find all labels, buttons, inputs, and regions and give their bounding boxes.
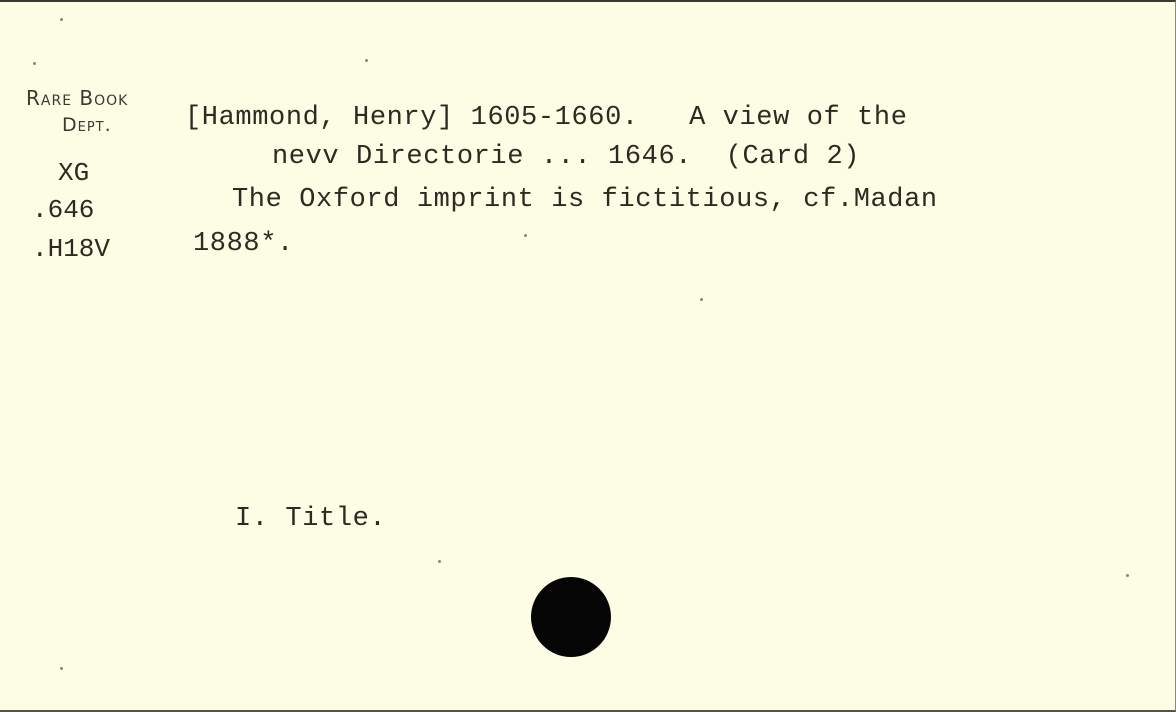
speck: [60, 667, 63, 670]
author-title-line: [Hammond, Henry] 1605-1660. A view of th…: [185, 104, 908, 132]
speck: [60, 18, 63, 21]
note-line: The Oxford imprint is fictitious, cf.Mad…: [232, 186, 938, 214]
speck: [700, 298, 703, 301]
call-number-cutter: .H18V: [32, 236, 110, 262]
location-stamp-line1: Rare Book: [26, 86, 128, 110]
speck: [524, 234, 527, 237]
location-stamp-line2: Dept.: [62, 114, 112, 136]
speck: [365, 59, 368, 62]
call-number-subclass: .646: [32, 197, 94, 223]
title-continuation-line: nevv Directorie ... 1646. (Card 2): [272, 143, 860, 171]
call-number-class: XG: [58, 160, 89, 186]
speck: [33, 62, 36, 65]
punch-hole: [531, 577, 611, 657]
tracing: I. Title.: [235, 505, 386, 533]
note-continuation-line: 1888*.: [193, 230, 294, 258]
speck: [1126, 574, 1129, 577]
catalog-card: Rare Book Dept. XG .646 .H18V [Hammond, …: [0, 0, 1176, 712]
speck: [438, 560, 441, 563]
